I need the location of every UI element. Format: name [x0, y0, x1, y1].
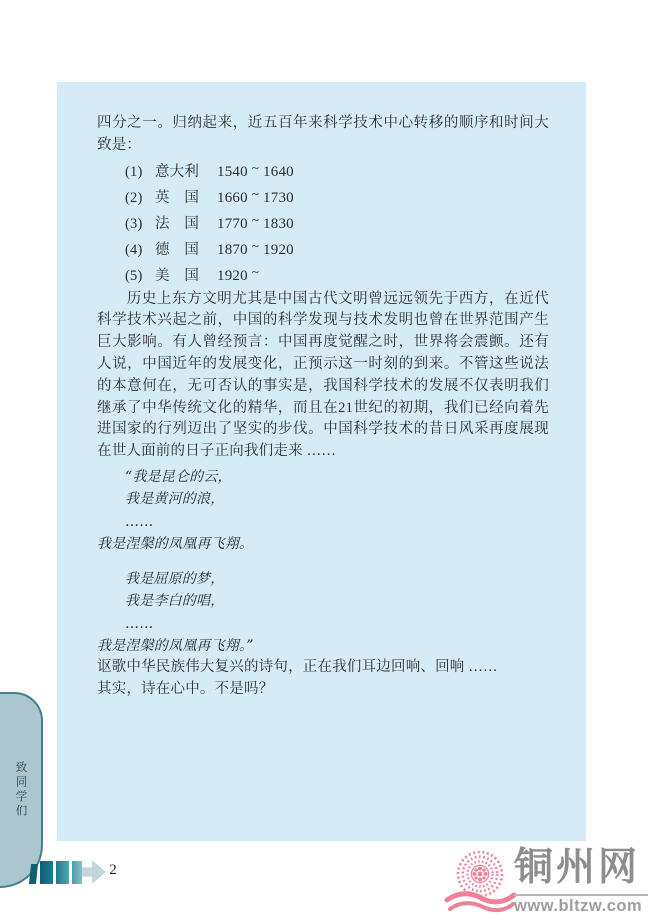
timeline-period: 1870~1920 — [217, 242, 294, 258]
timeline-country: 法 国 — [155, 213, 217, 235]
text-column: 四分之一。归纳起来，近五百年来科学技术中心转移的顺序和时间大致是： (1)意大利… — [97, 113, 549, 701]
poem-stanza-1: “我是昆仑的云， 我是黄河的浪， …… 我是涅槃的凤凰再飞翔。 — [97, 466, 549, 555]
poem-ellipsis: …… — [125, 613, 549, 635]
scanned-book-page: 四分之一。归纳起来，近五百年来科学技术中心转移的顺序和时间大致是： (1)意大利… — [0, 0, 650, 920]
timeline-period: 1920~ — [217, 268, 263, 284]
tilde-separator: ~ — [252, 209, 259, 231]
poem-line: 我是李白的唱， — [125, 590, 549, 612]
footer-teal-bar — [29, 864, 38, 884]
timeline-row: (5)美 国1920~ — [125, 261, 549, 287]
tilde-separator: ~ — [252, 183, 259, 205]
timeline-row: (4)德 国1870~1920 — [125, 235, 549, 261]
poem-line: 我是屈原的梦， — [125, 568, 549, 590]
chapter-tab-label: 致同学们 — [13, 761, 29, 819]
watermark-divider — [514, 894, 648, 896]
timeline-period: 1540~1640 — [217, 164, 294, 180]
poem-stanza-2: 我是屈原的梦， 我是李白的唱， …… 我是涅槃的凤凰再飞翔。” — [97, 568, 549, 657]
poem-refrain: 我是涅槃的凤凰再飞翔。 — [97, 533, 549, 555]
poem-refrain: 我是涅槃的凤凰再飞翔。” — [97, 635, 549, 657]
poem-ellipsis: …… — [125, 511, 549, 533]
timeline-row: (2)英 国1660~1730 — [125, 183, 549, 209]
tilde-separator: ~ — [252, 261, 259, 283]
tilde-separator: ~ — [252, 235, 259, 257]
tilde-separator: ~ — [252, 157, 259, 179]
chapter-side-tab: 致同学们 — [0, 692, 43, 888]
timeline-country: 德 国 — [155, 239, 217, 261]
closing-line-2: 其实，诗在心中。不是吗？ — [97, 679, 549, 701]
watermark-site-name: 铜州网 — [514, 848, 650, 888]
history-paragraph: 历史上东方文明尤其是中国古代文明曾远远领先于西方，在近代科学技术兴起之前，中国的… — [97, 289, 549, 463]
page-number: 2 — [103, 862, 123, 879]
timeline-index: (3) — [125, 213, 155, 235]
timeline-index: (2) — [125, 187, 155, 209]
footer-teal-bar — [72, 861, 82, 884]
poem-line: “我是昆仑的云， — [125, 466, 549, 488]
timeline-period: 1660~1730 — [217, 190, 294, 206]
poem-line: 我是黄河的浪， — [125, 488, 549, 510]
timeline-index: (1) — [125, 161, 155, 183]
watermark-site-url: www.bltzw.com — [514, 897, 642, 916]
timeline-row: (3)法 国1770~1830 — [125, 209, 549, 235]
watermark: 铜州网 www.bltzw.com — [442, 845, 650, 920]
science-center-timeline: (1)意大利1540~1640 (2)英 国1660~1730 (3)法 国17… — [125, 157, 549, 287]
content-panel: 四分之一。归纳起来，近五百年来科学技术中心转移的顺序和时间大致是： (1)意大利… — [57, 82, 586, 841]
timeline-country: 美 国 — [155, 265, 217, 287]
closing-line-1: 讴歌中华民族伟大复兴的诗句，正在我们耳边回响、回响 …… — [97, 657, 549, 679]
timeline-index: (5) — [125, 265, 155, 287]
timeline-index: (4) — [125, 239, 155, 261]
timeline-row: (1)意大利1540~1640 — [125, 157, 549, 183]
timeline-country: 英 国 — [155, 187, 217, 209]
footer-teal-bar — [56, 861, 69, 884]
intro-text: 四分之一。归纳起来，近五百年来科学技术中心转移的顺序和时间大致是： — [97, 113, 549, 157]
timeline-period: 1770~1830 — [217, 216, 294, 232]
timeline-country: 意大利 — [155, 161, 217, 183]
seal-logo-icon — [444, 847, 516, 919]
footer-teal-bar — [40, 861, 53, 884]
